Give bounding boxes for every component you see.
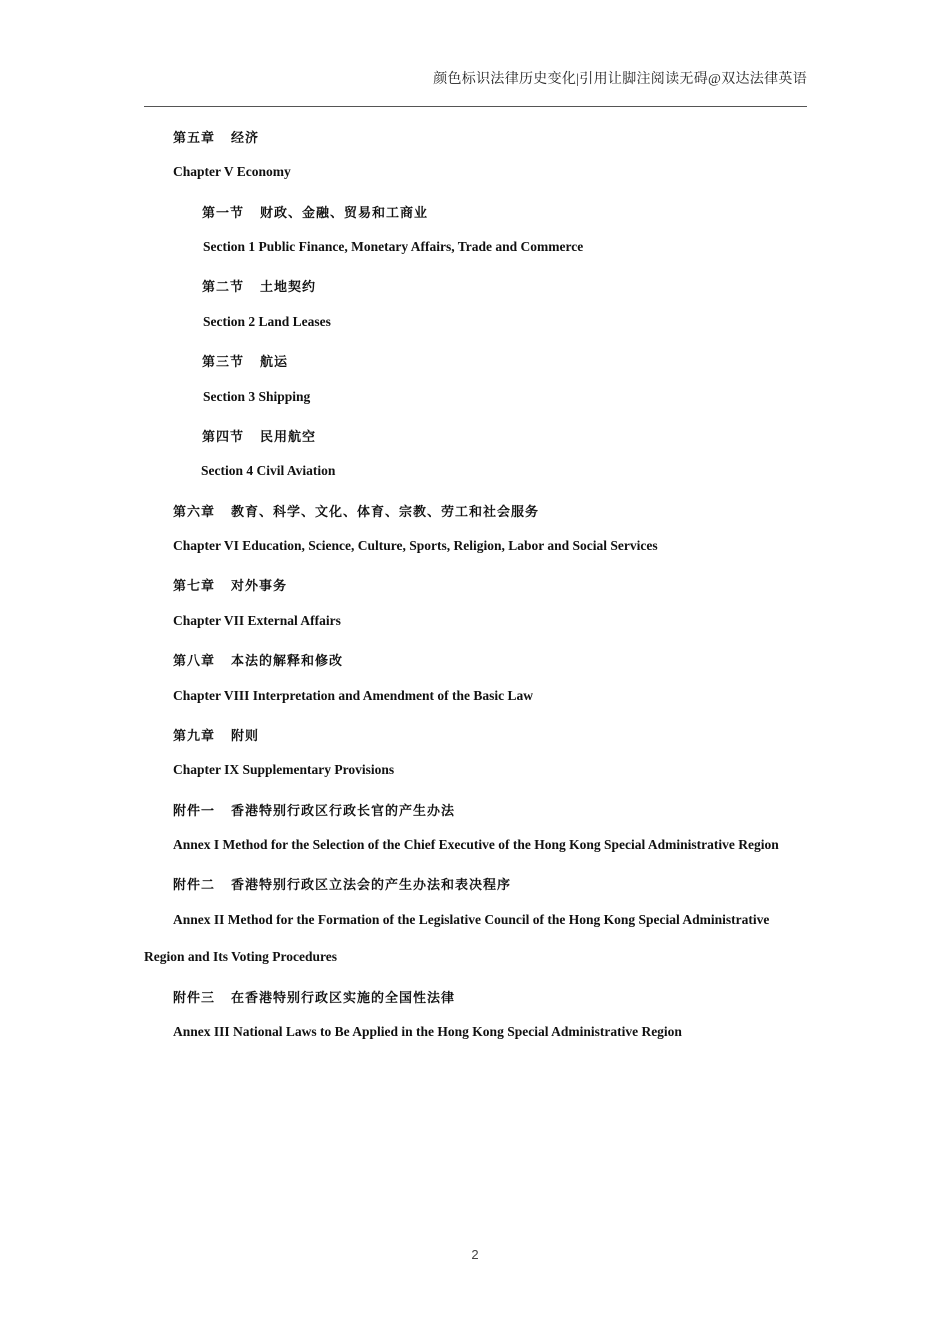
toc-entry-ch5-zh: 第五章经济 <box>173 127 259 146</box>
toc-entry-number: 第六章 <box>173 505 215 520</box>
toc-entry-title: 航运 <box>260 355 288 370</box>
toc-entry-title: 教育、科学、文化、体育、宗教、劳工和社会服务 <box>231 505 539 520</box>
toc-entry-ch7-en: Chapter VII External Affairs <box>173 613 341 629</box>
toc-entry-title: 在香港特别行政区实施的全国性法律 <box>231 991 455 1006</box>
toc-entry-ch6-en: Chapter VI Education, Science, Culture, … <box>173 538 658 554</box>
toc-entry-title: 经济 <box>231 131 259 146</box>
toc-entry-number: 第七章 <box>173 579 215 594</box>
toc-entry-a2-zh: 附件二香港特别行政区立法会的产生办法和表决程序 <box>173 874 511 893</box>
toc-entry-number: 第二节 <box>202 280 244 295</box>
toc-entry-title: 香港特别行政区行政长官的产生办法 <box>231 804 455 819</box>
toc-entry-title: 本法的解释和修改 <box>231 654 343 669</box>
toc-entry-title: 对外事务 <box>231 579 287 594</box>
toc-entry-number: 第三节 <box>202 355 244 370</box>
toc-entry-a2-en-cont: Region and Its Voting Procedures <box>144 949 337 965</box>
toc-entry-a3-en: Annex III National Laws to Be Applied in… <box>173 1024 682 1040</box>
toc-entry-s3-en: Section 3 Shipping <box>203 389 310 405</box>
toc-entry-title: 土地契约 <box>260 280 316 295</box>
toc-entry-s4-en: Section 4 Civil Aviation <box>201 463 335 479</box>
toc-entry-number: 第五章 <box>173 131 215 146</box>
toc-entry-s2-en: Section 2 Land Leases <box>203 314 331 330</box>
toc-entry-ch8-zh: 第八章本法的解释和修改 <box>173 650 343 669</box>
header-divider <box>144 106 807 107</box>
toc-entry-a3-zh: 附件三在香港特别行政区实施的全国性法律 <box>173 987 455 1006</box>
toc-entry-number: 第四节 <box>202 430 244 445</box>
toc-entry-ch7-zh: 第七章对外事务 <box>173 575 287 594</box>
toc-entry-ch9-en: Chapter IX Supplementary Provisions <box>173 762 394 778</box>
toc-entry-s4-zh: 第四节民用航空 <box>202 426 316 445</box>
toc-entry-ch5-en: Chapter V Economy <box>173 164 291 180</box>
toc-entry-number: 附件三 <box>173 991 215 1006</box>
toc-entry-title: 香港特别行政区立法会的产生办法和表决程序 <box>231 878 511 893</box>
toc-entry-a1-en: Annex I Method for the Selection of the … <box>173 837 779 853</box>
toc-entry-s3-zh: 第三节航运 <box>202 351 288 370</box>
toc-entry-s2-zh: 第二节土地契约 <box>202 276 316 295</box>
toc-entry-title: 财政、金融、贸易和工商业 <box>260 206 428 221</box>
toc-entry-ch9-zh: 第九章附则 <box>173 725 259 744</box>
toc-entry-ch8-en: Chapter VIII Interpretation and Amendmen… <box>173 688 533 704</box>
toc-entry-number: 第一节 <box>202 206 244 221</box>
toc-entry-s1-en: Section 1 Public Finance, Monetary Affai… <box>203 239 583 255</box>
toc-entry-number: 第九章 <box>173 729 215 744</box>
toc-entry-number: 附件二 <box>173 878 215 893</box>
toc-entry-ch6-zh: 第六章教育、科学、文化、体育、宗教、劳工和社会服务 <box>173 501 539 520</box>
toc-entry-a2-en: Annex II Method for the Formation of the… <box>173 912 769 928</box>
page-header-text: 颜色标识法律历史变化|引用让脚注阅读无碍@双达法律英语 <box>433 68 807 88</box>
toc-entry-title: 民用航空 <box>260 430 316 445</box>
toc-entry-number: 附件一 <box>173 804 215 819</box>
toc-entry-number: 第八章 <box>173 654 215 669</box>
toc-entry-title: 附则 <box>231 729 259 744</box>
toc-entry-a1-zh: 附件一香港特别行政区行政长官的产生办法 <box>173 800 455 819</box>
toc-entry-s1-zh: 第一节财政、金融、贸易和工商业 <box>202 202 428 221</box>
page-number: 2 <box>0 1247 950 1262</box>
